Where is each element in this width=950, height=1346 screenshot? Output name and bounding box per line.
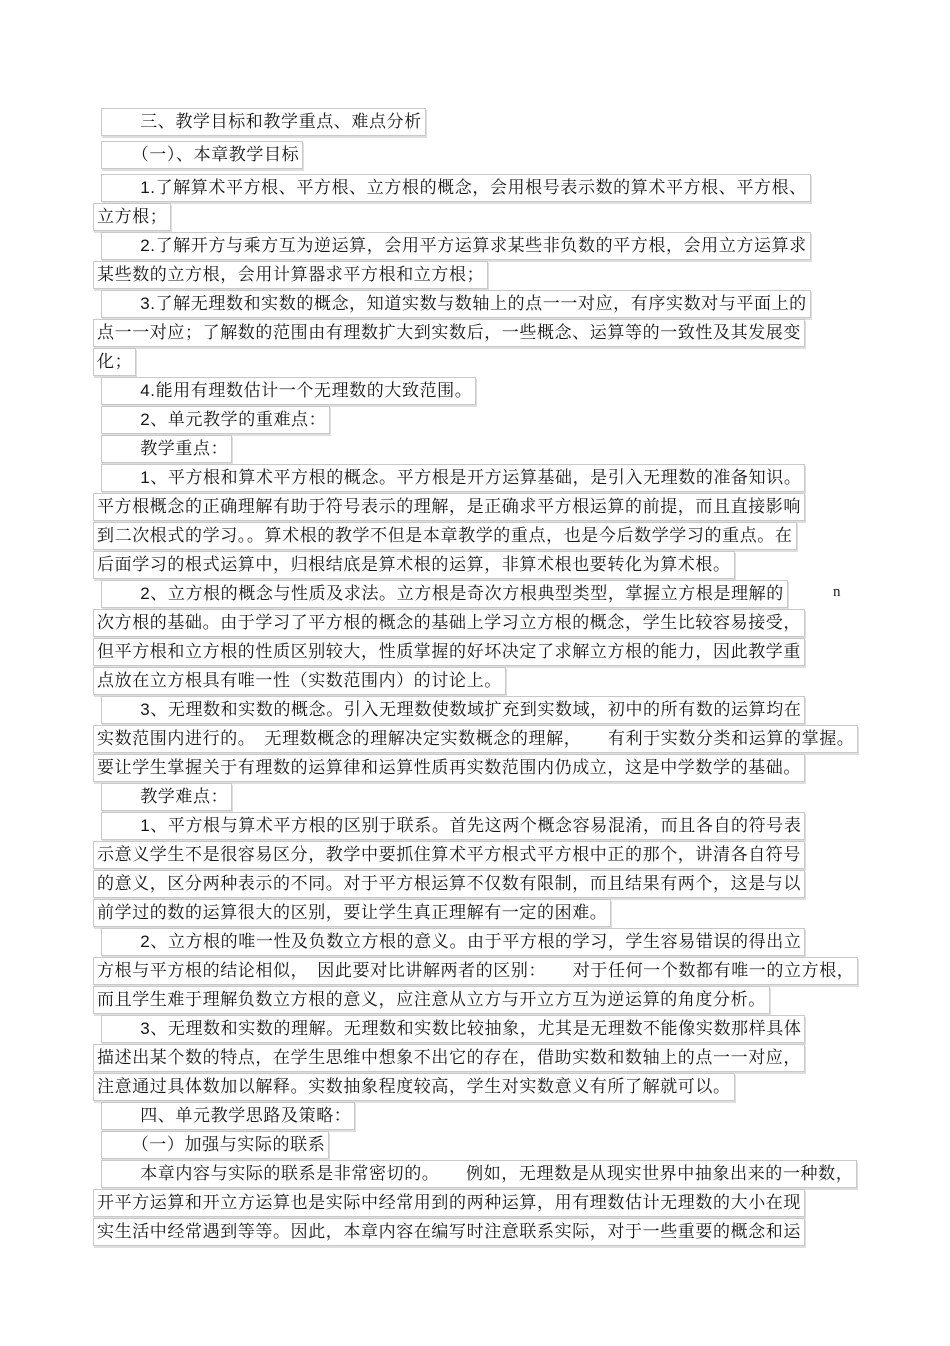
text-line: 方根与平方根的结论相似， 因此要对比讲解两者的区别： 对于任何一个数都有唯一的立… (93, 957, 950, 985)
text-line-box: 而且学生难于理解负数立方根的意义，应注意从立方与开立方互为逆运算的角度分析。 (93, 986, 770, 1014)
text-line-box: 平方根概念的正确理解有助于符号表示的理解，是正确求平方根运算的前提，而且直接影响 (93, 493, 805, 521)
text-line-box: 点放在立方根具有唯一性（实数范围内）的讨论上。 (93, 667, 506, 695)
text-line: 注意通过具体数加以解释。实数抽象程度较高，学生对实数意义有所了解就可以。 (93, 1073, 950, 1101)
text-line: 立方根； (93, 203, 950, 231)
text-line-box: 注意通过具体数加以解释。实数抽象程度较高，学生对实数意义有所了解就可以。 (93, 1073, 735, 1101)
text-line: 化； (93, 348, 950, 376)
text-line-box: 4.能用有理数估计一个无理数的大致范围。 (101, 377, 476, 405)
text-line-box: 次方根的基础。由于学习了平方根的概念的基础上学习立方根的概念，学生比较容易接受， (93, 609, 805, 637)
text-line-box: 的意义，区分两种表示的不同。对于平方根运算不仅数有限制，而且结果有两个，这是与以 (93, 870, 805, 898)
text-line-box: 3、无理数和实数的理解。无理数和实数比较抽象，尤其是无理数不能像实数那样具体 (101, 1015, 805, 1043)
text-line: 3.了解无理数和实数的概念，知道实数与数轴上的点一一对应，有序实数对与平面上的 (93, 290, 950, 318)
text-line: 点一一对应；了解数的范围由有理数扩大到实数后，一些概念、运算等的一致性及其发展变 (93, 319, 950, 347)
text-line: 三、教学目标和教学重点、难点分析 (93, 108, 950, 136)
text-line: 的意义，区分两种表示的不同。对于平方根运算不仅数有限制，而且结果有两个，这是与以 (93, 870, 950, 898)
text-line-box: 2、立方根的概念与性质及求法。立方根是奇次方根典型类型，掌握立方根是理解的 (101, 580, 788, 608)
text-line: 2、单元教学的重难点： (93, 406, 950, 434)
text-line: 教学重点： (93, 435, 950, 463)
text-line: 1、平方根和算术平方根的概念。平方根是开方运算基础，是引入无理数的准备知识。 (93, 464, 950, 492)
text-line-box: 某些数的立方根，会用计算器求平方根和立方根； (93, 261, 488, 289)
text-line: 某些数的立方根，会用计算器求平方根和立方根； (93, 261, 950, 289)
text-line: 而且学生难于理解负数立方根的意义，应注意从立方与开立方互为逆运算的角度分析。 (93, 986, 950, 1014)
text-line: 本章内容与实际的联系是非常密切的。 例如，无理数是从现实世界中抽象出来的一种数， (93, 1160, 950, 1188)
text-line-box: 1、平方根和算术平方根的概念。平方根是开方运算基础，是引入无理数的准备知识。 (101, 464, 805, 492)
text-line-box: 点一一对应；了解数的范围由有理数扩大到实数后，一些概念、运算等的一致性及其发展变 (93, 319, 805, 347)
text-line: 但平方根和立方根的性质区别较大，性质掌握的好坏决定了求解立方根的能力，因此教学重 (93, 638, 950, 666)
text-line: 前学过的数的运算很大的区别，要让学生真正理解有一定的困难。 (93, 899, 950, 927)
text-line: 教学难点： (93, 783, 950, 811)
text-line: 示意义学生不是很容易区分，教学中要抓住算术平方根式平方根中正的那个，讲清各自符号 (93, 841, 950, 869)
text-line-box: 三、教学目标和教学重点、难点分析 (101, 108, 426, 136)
text-line: 4.能用有理数估计一个无理数的大致范围。 (93, 377, 950, 405)
text-line-box: 1、平方根与算术平方根的区别于联系。首先这两个概念容易混淆，而且各自的符号表 (101, 812, 805, 840)
text-line: （一）加强与实际的联系 (93, 1131, 950, 1159)
text-line-box: 1.了解算术平方根、平方根、立方根的概念，会用根号表示数的算术平方根、平方根、 (101, 174, 811, 202)
text-line: 实数范围内进行的。 无理数概念的理解决定实数概念的理解， 有利于实数分类和运算的… (93, 725, 950, 753)
text-line: 2、立方根的概念与性质及求法。立方根是奇次方根典型类型，掌握立方根是理解的 n (93, 580, 950, 608)
text-line: 次方根的基础。由于学习了平方根的概念的基础上学习立方根的概念，学生比较容易接受， (93, 609, 950, 637)
text-line: 四、单元教学思路及策略： (93, 1102, 950, 1130)
text-line-box: 3.了解无理数和实数的概念，知道实数与数轴上的点一一对应，有序实数对与平面上的 (101, 290, 811, 318)
text-line: 到二次根式的学习。。算术根的教学不但是本章教学的重点，也是今后数学学习的重点。在 (93, 522, 950, 550)
text-line-box: 实数范围内进行的。 无理数概念的理解决定实数概念的理解， 有利于实数分类和运算的… (93, 725, 858, 753)
right-margin-variable-n: n (833, 584, 841, 601)
text-line-box: 示意义学生不是很容易区分，教学中要抓住算术平方根式平方根中正的那个，讲清各自符号 (93, 841, 805, 869)
text-line-box: 后面学习的根式运算中，归根结底是算术根的运算，非算术根也要转化为算术根。 (93, 551, 735, 579)
text-line: 点放在立方根具有唯一性（实数范围内）的讨论上。 (93, 667, 950, 695)
text-line: 后面学习的根式运算中，归根结底是算术根的运算，非算术根也要转化为算术根。 (93, 551, 950, 579)
text-line-box: 3、无理数和实数的概念。引入无理数使数域扩充到实数域，初中的所有数的运算均在 (101, 696, 805, 724)
text-line: 3、无理数和实数的理解。无理数和实数比较抽象，尤其是无理数不能像实数那样具体 (93, 1015, 950, 1043)
text-line: 开平方运算和开立方运算也是实际中经常用到的两种运算，用有理数估计无理数的大小在现 (93, 1189, 950, 1217)
text-line-box: 方根与平方根的结论相似， 因此要对比讲解两者的区别： 对于任何一个数都有唯一的立… (93, 957, 858, 985)
text-line-box: 立方根； (93, 203, 171, 231)
text-line-box: 2、单元教学的重难点： (101, 406, 330, 434)
document-page: 三、教学目标和教学重点、难点分析 （一）、本章教学目标 1.了解算术平方根、平方… (0, 0, 950, 1246)
text-line: 要让学生掌握关于有理数的运算律和运算性质再实数范围内仍成立，这是中学数学的基础。 (93, 754, 950, 782)
text-line: 2、立方根的唯一性及负数立方根的意义。由于平方根的学习，学生容易错误的得出立 (93, 928, 950, 956)
text-line-box: 2、立方根的唯一性及负数立方根的意义。由于平方根的学习，学生容易错误的得出立 (101, 928, 805, 956)
text-line: 1、平方根与算术平方根的区别于联系。首先这两个概念容易混淆，而且各自的符号表 (93, 812, 950, 840)
text-line: 实生活中经常遇到等等。因此，本章内容在编写时注意联系实际，对于一些重要的概念和运 (93, 1218, 950, 1246)
text-line-box: 实生活中经常遇到等等。因此，本章内容在编写时注意联系实际，对于一些重要的概念和运 (93, 1218, 805, 1246)
text-line-box: 要让学生掌握关于有理数的运算律和运算性质再实数范围内仍成立，这是中学数学的基础。 (93, 754, 805, 782)
text-line-box: 2.了解开方与乘方互为逆运算，会用平方运算求某些非负数的平方根，会用立方运算求 (101, 232, 811, 260)
text-line-box: 四、单元教学思路及策略： (101, 1102, 355, 1130)
text-line-box: 前学过的数的运算很大的区别，要让学生真正理解有一定的困难。 (93, 899, 611, 927)
text-line-box: 开平方运算和开立方运算也是实际中经常用到的两种运算，用有理数估计无理数的大小在现 (93, 1189, 805, 1217)
text-line-box: （一）、本章教学目标 (101, 141, 303, 169)
text-line-box: 教学难点： (101, 783, 232, 811)
text-line-box: 本章内容与实际的联系是非常密切的。 例如，无理数是从现实世界中抽象出来的一种数， (101, 1160, 857, 1188)
text-line: 描述出某个数的特点，在学生思维中想象不出它的存在，借助实数和数轴上的点一一对应， (93, 1044, 950, 1072)
text-line-box: （一）加强与实际的联系 (101, 1131, 329, 1159)
text-line: 平方根概念的正确理解有助于符号表示的理解，是正确求平方根运算的前提，而且直接影响 (93, 493, 950, 521)
text-line: 1.了解算术平方根、平方根、立方根的概念，会用根号表示数的算术平方根、平方根、 (93, 174, 950, 202)
text-line: 3、无理数和实数的概念。引入无理数使数域扩充到实数域，初中的所有数的运算均在 (93, 696, 950, 724)
text-line: （一）、本章教学目标 (93, 141, 950, 169)
text-line-box: 教学重点： (101, 435, 232, 463)
text-line: 2.了解开方与乘方互为逆运算，会用平方运算求某些非负数的平方根，会用立方运算求 (93, 232, 950, 260)
text-line-box: 化； (93, 348, 136, 376)
text-line-box: 但平方根和立方根的性质区别较大，性质掌握的好坏决定了求解立方根的能力，因此教学重 (93, 638, 805, 666)
text-line-box: 描述出某个数的特点，在学生思维中想象不出它的存在，借助实数和数轴上的点一一对应， (93, 1044, 805, 1072)
text-line-box: 到二次根式的学习。。算术根的教学不但是本章教学的重点，也是今后数学学习的重点。在 (93, 522, 797, 550)
